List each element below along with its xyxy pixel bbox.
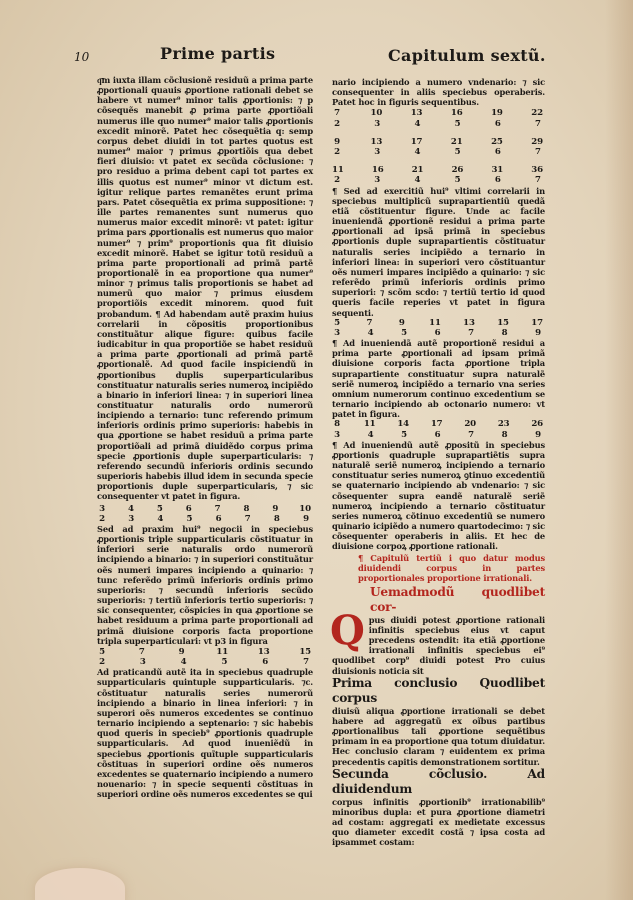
- number-cell: 9: [332, 137, 342, 147]
- number-cell: 13: [258, 647, 270, 657]
- chapter-rubric: ¶ Capitulũ tertiũ i quo datur modus diui…: [332, 553, 545, 583]
- number-cell: 8: [500, 430, 510, 440]
- right-paragraph-2: ¶ Sed ad exercitiũ hui⁹ vltimi correlari…: [332, 186, 545, 318]
- number-cell: 5: [453, 147, 463, 157]
- number-cell: 5: [453, 175, 463, 185]
- number-cell: 20: [464, 419, 476, 429]
- number-cell: 7: [213, 504, 223, 514]
- number-cell: 7: [243, 514, 253, 524]
- number-cell: 13: [411, 108, 423, 118]
- table-row-top: 8 11 14 17 20 23 26: [332, 419, 545, 429]
- number-cell: 4: [412, 147, 422, 157]
- number-cell: 31: [491, 165, 503, 175]
- number-cell: 2: [97, 514, 107, 524]
- number-cell: 2: [97, 657, 107, 667]
- number-cell: 3: [372, 175, 382, 185]
- folio-number: 10: [74, 50, 89, 64]
- number-cell: 5: [399, 430, 409, 440]
- number-cell: 6: [214, 514, 224, 524]
- table-row-top: 3 4 5 6 7 8 9 10: [97, 504, 313, 514]
- number-cell: 21: [451, 137, 463, 147]
- right-paragraph-6: diuisũ aliqua ꝓportione irrationali se d…: [332, 706, 545, 767]
- number-cell: 9: [533, 430, 543, 440]
- table-row-top: 7 10 13 16 19 22: [332, 108, 545, 118]
- number-cell: 2: [332, 147, 342, 157]
- number-cell: 6: [493, 147, 503, 157]
- table-row-bottom: 3 4 5 6 7 8 9: [332, 430, 545, 440]
- table-row-top: 11 16 21 26 31 36: [332, 165, 545, 175]
- left-paragraph-2: Sed ad praxim hui⁹ negocii in speciebus …: [97, 524, 313, 646]
- number-cell: 6: [493, 119, 503, 129]
- page-edge-shadow: [605, 0, 633, 900]
- number-cell: 4: [126, 504, 136, 514]
- paper-stain: [35, 868, 125, 900]
- running-head-right: Capitulum sextũ.: [388, 46, 546, 65]
- number-cell: 17: [431, 419, 443, 429]
- table-row-bottom: 2 3 4 5 6 7: [97, 657, 313, 667]
- number-cell: 2: [332, 119, 342, 129]
- number-cell: 3: [332, 328, 342, 338]
- number-cell: 7: [332, 108, 342, 118]
- left-paragraph-3: Ad praticandũ autẽ ita in speciebus quad…: [97, 667, 313, 799]
- number-cell: 4: [179, 657, 189, 667]
- running-head-left: Prime partis: [160, 44, 275, 63]
- number-cell: 9: [270, 504, 280, 514]
- right-paragraph-4: ¶ Ad inueniendũ autẽ ꝓpositũ in speciebu…: [332, 440, 545, 552]
- right-paragraph-7: corpus infinitis ꝓportionib⁹ irrationabi…: [332, 797, 545, 848]
- number-cell: 7: [533, 119, 543, 129]
- number-cell: 25: [491, 137, 503, 147]
- number-cell: 6: [433, 430, 443, 440]
- right-paragraph-1: nario incipiendo a numero vndenario: ⁊ s…: [332, 77, 545, 107]
- number-cell: 16: [451, 108, 463, 118]
- left-paragraph-1: q͞m iuxta illam cõclusionẽ residuũ a pri…: [97, 75, 313, 502]
- number-cell: 36: [531, 165, 543, 175]
- number-cell: 6: [260, 657, 270, 667]
- number-cell: 5: [155, 504, 165, 514]
- number-cell: 10: [299, 504, 311, 514]
- number-cell: 7: [301, 657, 311, 667]
- number-cell: 3: [126, 514, 136, 524]
- number-cell: 7: [533, 147, 543, 157]
- number-cell: 5: [399, 328, 409, 338]
- number-cell: 4: [366, 430, 376, 440]
- number-cell: 13: [463, 318, 475, 328]
- number-cell: 10: [371, 108, 383, 118]
- number-cell: 26: [531, 419, 543, 429]
- right-number-table-2: 9 13 17 21 25 29 2 3 4 5 6 7: [332, 137, 545, 157]
- left-number-table-1: 3 4 5 6 7 8 9 10 2 3 4 5 6 7 8 9: [97, 504, 313, 524]
- number-cell: 11: [364, 419, 376, 429]
- number-cell: 2: [332, 175, 342, 185]
- number-cell: 8: [332, 419, 342, 429]
- number-cell: 8: [272, 514, 282, 524]
- number-cell: 11: [429, 318, 441, 328]
- number-cell: 7: [533, 175, 543, 185]
- table-row-top: 9 13 17 21 25 29: [332, 137, 545, 147]
- number-cell: 7: [364, 318, 374, 328]
- number-cell: 6: [184, 504, 194, 514]
- number-cell: 15: [497, 318, 509, 328]
- number-cell: 5: [453, 119, 463, 129]
- number-cell: 17: [531, 318, 543, 328]
- number-cell: 5: [332, 318, 342, 328]
- table-row-top: 5 7 9 11 13 15: [97, 647, 313, 657]
- number-cell: 6: [493, 175, 503, 185]
- number-cell: 17: [411, 137, 423, 147]
- right-number-table-5: 8 11 14 17 20 23 26 3 4 5 6 7 8 9: [332, 419, 545, 439]
- number-cell: 4: [155, 514, 165, 524]
- chapter-opening: Uemadmodũ quodlibet cor- Q pus diuidi po…: [332, 585, 545, 676]
- number-cell: 8: [500, 328, 510, 338]
- prima-conclusio-heading: Prima conclusio Quodlibet corpus: [332, 676, 545, 706]
- right-number-table-1: 7 10 13 16 19 22 2 3 4 5 6 7: [332, 108, 545, 128]
- number-cell: 16: [372, 165, 384, 175]
- number-cell: 5: [219, 657, 229, 667]
- table-row-bottom: 2 3 4 5 6 7: [332, 175, 545, 185]
- number-cell: 8: [241, 504, 251, 514]
- number-cell: 3: [372, 119, 382, 129]
- number-cell: 3: [332, 430, 342, 440]
- number-cell: 9: [397, 318, 407, 328]
- right-column: nario incipiendo a numero vndenario: ⁊ s…: [332, 77, 545, 847]
- number-cell: 5: [184, 514, 194, 524]
- number-cell: 3: [97, 504, 107, 514]
- table-row-bottom: 3 4 5 6 7 8 9: [332, 328, 545, 338]
- number-cell: 14: [397, 419, 409, 429]
- number-cell: 11: [216, 647, 228, 657]
- number-cell: 11: [332, 165, 344, 175]
- table-row-top: 5 7 9 11 13 15 17: [332, 318, 545, 328]
- number-cell: 4: [412, 119, 422, 129]
- right-paragraph-3: ¶ Ad inueniendã autẽ proportionẽ residui…: [332, 338, 545, 419]
- number-cell: 15: [299, 647, 311, 657]
- right-number-table-4: 5 7 9 11 13 15 17 3 4 5 6 7 8 9: [332, 318, 545, 338]
- table-row-bottom: 2 3 4 5 6 7: [332, 147, 545, 157]
- right-number-table-3: 11 16 21 26 31 36 2 3 4 5 6 7: [332, 165, 545, 185]
- number-cell: 9: [533, 328, 543, 338]
- number-cell: 9: [177, 647, 187, 657]
- number-cell: 23: [498, 419, 510, 429]
- number-cell: 7: [466, 430, 476, 440]
- number-cell: 4: [412, 175, 422, 185]
- secunda-conclusio-heading: Secunda cõclusio. Ad diuidendum: [332, 767, 545, 797]
- number-cell: 26: [452, 165, 464, 175]
- number-cell: 4: [366, 328, 376, 338]
- number-cell: 7: [466, 328, 476, 338]
- number-cell: 3: [138, 657, 148, 667]
- left-number-table-2: 5 7 9 11 13 15 2 3 4 5 6 7: [97, 647, 313, 667]
- red-initial-q: Q: [330, 613, 365, 649]
- left-column: q͞m iuxta illam cõclusionẽ residuũ a pri…: [97, 75, 313, 799]
- number-cell: 29: [531, 137, 543, 147]
- number-cell: 13: [371, 137, 383, 147]
- number-cell: 3: [372, 147, 382, 157]
- number-cell: 22: [531, 108, 543, 118]
- number-cell: 19: [491, 108, 503, 118]
- number-cell: 7: [137, 647, 147, 657]
- number-cell: 5: [97, 647, 107, 657]
- number-cell: 9: [301, 514, 311, 524]
- number-cell: 6: [433, 328, 443, 338]
- table-row-bottom: 2 3 4 5 6 7: [332, 119, 545, 129]
- table-row-bottom: 2 3 4 5 6 7 8 9: [97, 514, 313, 524]
- number-cell: 21: [412, 165, 424, 175]
